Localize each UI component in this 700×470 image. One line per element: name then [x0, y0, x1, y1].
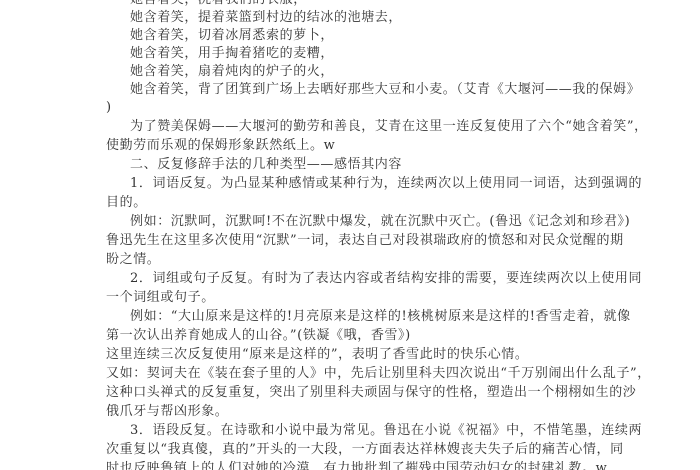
- paragraph-line: 第一次认出养育她成人的山谷。”(铁凝《哦，香雪》): [106, 327, 411, 345]
- paragraph-line: 鲁迅先生在这里多次使用“沉默”一词，表达自己对段祺瑞政府的愤怒和对民众觉醒的期: [106, 232, 624, 250]
- paragraph-line: 俄爪牙与帮凶形象。: [106, 403, 228, 421]
- paragraph-line: 又如：契诃夫在《装在套子里的人》中，先后让别里科夫四次说出“千万别闹出什么乱子”…: [106, 365, 651, 383]
- paragraph-line: 2．词组或句子反复。有时为了表达内容或者结构安排的需要，要连续两次以上使用同: [130, 270, 642, 288]
- paragraph-line: 3．语段反复。在诗歌和小说中最为常见。鲁迅在小说《祝福》中，不惜笔墨，连续两: [130, 422, 642, 440]
- poem-line: 她含着笑，切着冰屑悉索的萝卜，: [130, 27, 334, 45]
- paragraph-line: 这种口头禅式的反复重复，突出了别里科夫顽固与保守的性格，塑造出一个栩栩如生的沙: [106, 384, 636, 402]
- document-page: 她含着笑，洗着我们的衣服， 她含着笑，提着菜篮到村边的结冰的池塘去， 她含着笑，…: [0, 0, 700, 470]
- paragraph-line: 次重复以“我真傻，真的”开头的一大段，一方面表达祥林嫂丧夫失子后的痛苦心情，同: [106, 441, 624, 459]
- paragraph-line: 1．词语反复。为凸显某种感情或某种行为，连续两次以上使用同一词语，达到强调的: [130, 175, 642, 193]
- paragraph-line: 盼之情。: [106, 251, 160, 269]
- paragraph-line: 例如：“大山原来是这样的!月亮原来是这样的!核桃树原来是这样的!香雪走着，就像: [130, 308, 631, 326]
- poem-line: 她含着笑，背了团箕到广场上去晒好那些大豆和小麦。（艾青《大堰河——我的保姆》: [130, 81, 640, 99]
- poem-line: 她含着笑，用手掏着猪吃的麦糟，: [130, 45, 334, 63]
- paragraph-line: 这里连续三次反复使用“原来是这样的”，表明了香雪此时的快乐心情。: [106, 346, 529, 364]
- paragraph-line: 目的。: [106, 194, 147, 212]
- poem-citation-close: ): [106, 99, 112, 117]
- paragraph-line: 为了赞美保姆——大堰河的勤劳和善良，艾青在这里一连反复使用了六个“她含着笑”，: [130, 118, 648, 136]
- poem-line: 她含着笑，提着菜篮到村边的结冰的池塘去，: [130, 9, 402, 27]
- section-heading: 二、反复修辞手法的几种类型——感悟其内容: [130, 156, 402, 174]
- paragraph-line: 一个词组或句子。: [106, 289, 215, 307]
- paragraph-line: 使勤劳而乐观的保姆形象跃然纸上。w: [106, 137, 335, 155]
- paragraph-line: 时也反映鲁镇上的人们对她的冷漠，有力地批判了摧残中国劳动妇女的封建礼教。w: [106, 460, 607, 470]
- paragraph-line: 例如：沉默呵，沉默呵!不在沉默中爆发，就在沉默中灭亡。(鲁迅《记念刘和珍君》): [130, 213, 630, 231]
- poem-line: 她含着笑，洗着我们的衣服，: [130, 0, 307, 9]
- poem-line: 她含着笑，扇着炖肉的炉子的火，: [130, 63, 334, 81]
